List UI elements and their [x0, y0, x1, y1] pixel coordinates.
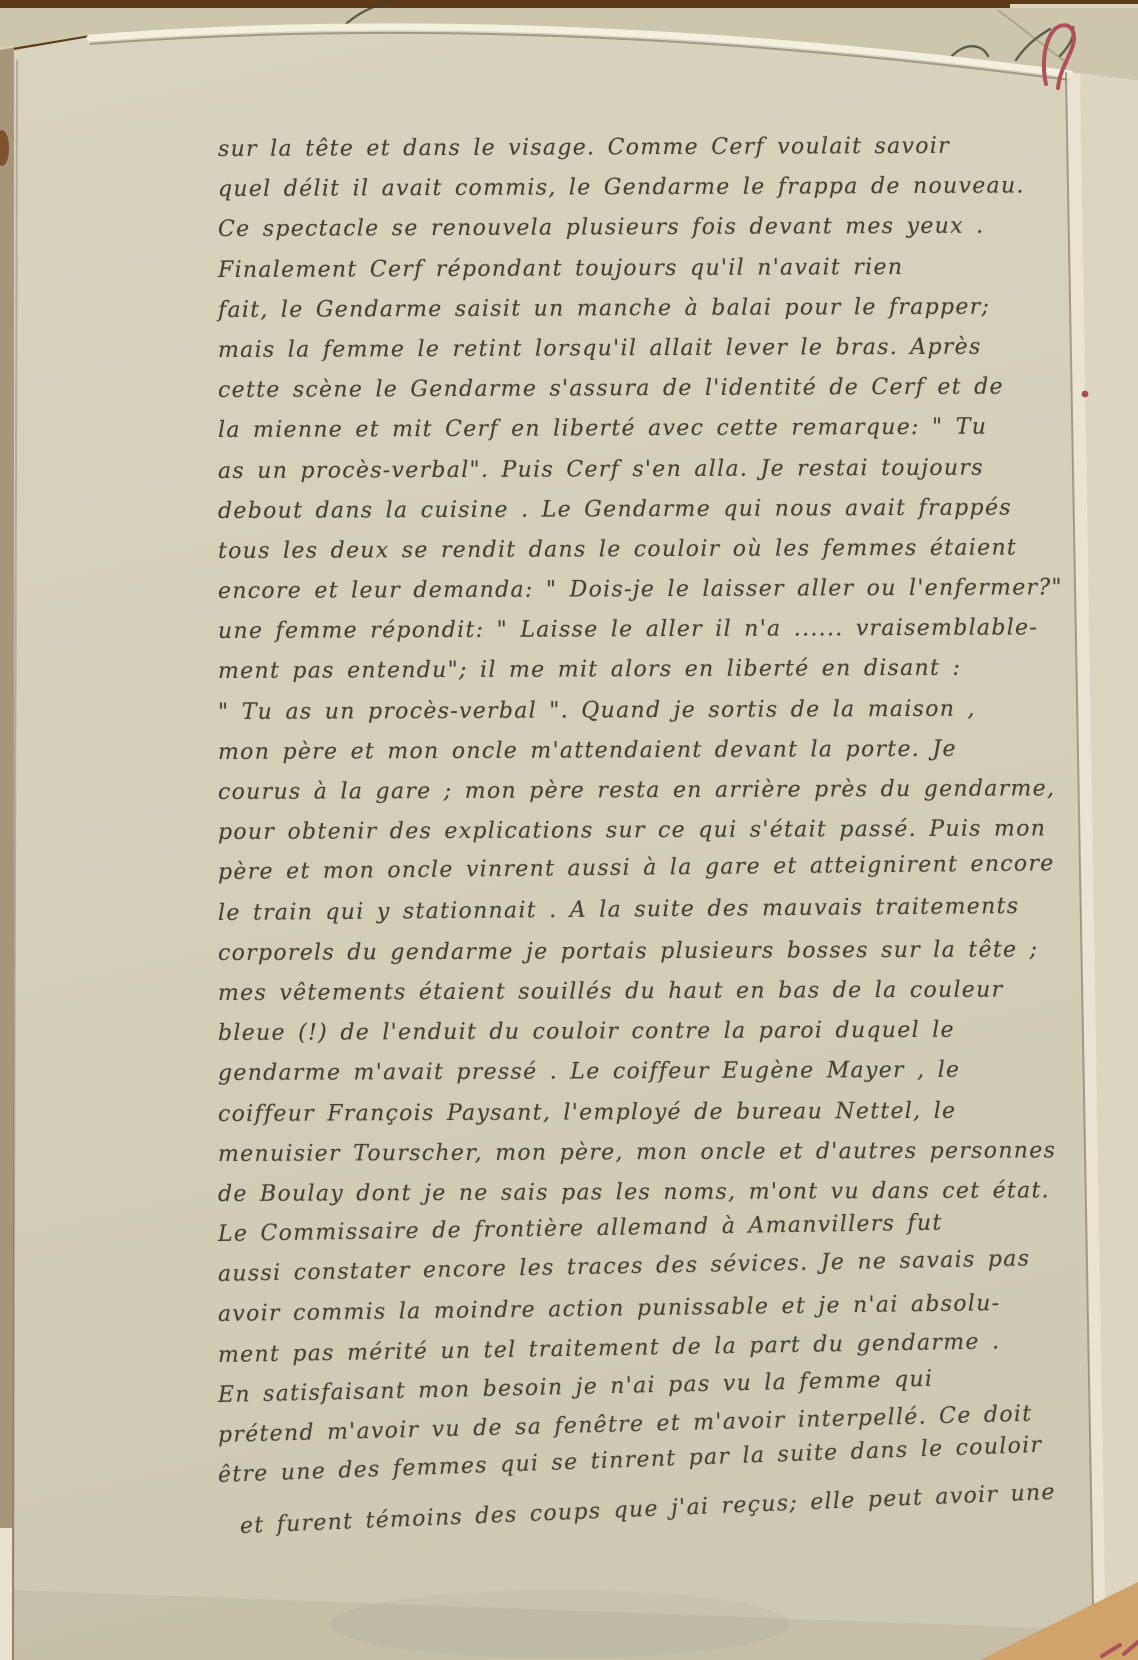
- manuscript-line: corporels du gendarme je portais plusieu…: [218, 930, 1068, 974]
- manuscript-line: debout dans la cuisine . Le Gendarme qui…: [218, 488, 1068, 532]
- manuscript-line: la mienne et mit Cerf en liberté avec ce…: [218, 408, 1068, 452]
- manuscript-line: courus à la gare ; mon père resta en arr…: [218, 769, 1068, 813]
- manuscript-line: cette scène le Gendarme s'assura de l'id…: [218, 367, 1068, 411]
- manuscript-line: as un procès-verbal". Puis Cerf s'en all…: [218, 448, 1068, 492]
- left-page-strip: [0, 46, 14, 1660]
- manuscript-line: mon père et mon oncle m'attendaient deva…: [218, 729, 1068, 773]
- manuscript-line: une femme répondit: " Laisse le aller il…: [218, 609, 1068, 653]
- manuscript-line: mes vêtements étaient souillés du haut e…: [218, 970, 1068, 1014]
- manuscript-line: Ce spectacle se renouvela plusieurs fois…: [218, 207, 1068, 251]
- stitch-hole-dot: [1082, 391, 1089, 398]
- manuscript-line: ment pas entendu"; il me mit alors en li…: [218, 649, 1068, 693]
- manuscript-line: coiffeur François Paysant, l'employé de …: [218, 1091, 1068, 1135]
- manuscript-line: " Tu as un procès-verbal ". Quand je sor…: [218, 689, 1068, 733]
- manuscript-line: le train qui y stationnait . A la suite …: [218, 886, 1068, 934]
- manuscript-line: encore et leur demanda: " Dois-je le lai…: [218, 568, 1068, 612]
- manuscript-line: Finalement Cerf répondant toujours qu'il…: [218, 247, 1068, 291]
- manuscript-line: tous les deux se rendit dans le couloir …: [218, 528, 1068, 572]
- photographed-manuscript-page: sur la tête et dans le visage. Comme Cer…: [0, 0, 1138, 1660]
- left-pale-sliver: [0, 1528, 12, 1660]
- handwritten-text: sur la tête et dans le visage. Comme Cer…: [218, 130, 1068, 1549]
- manuscript-line: père et mon oncle vinrent aussi à la gar…: [218, 844, 1068, 893]
- manuscript-line: quel délit il avait commis, le Gendarme …: [218, 166, 1068, 210]
- manuscript-line: gendarme m'avait pressé . Le coiffeur Eu…: [218, 1051, 1068, 1095]
- manuscript-line: mais la femme le retint lorsqu'il allait…: [218, 327, 1068, 371]
- manuscript-line: menuisier Tourscher, mon père, mon oncle…: [218, 1131, 1068, 1175]
- manuscript-line: sur la tête et dans le visage. Comme Cer…: [218, 126, 1068, 170]
- manuscript-line: bleue (!) de l'enduit du couloir contre …: [218, 1010, 1068, 1054]
- manuscript-line: fait, le Gendarme saisit un manche à bal…: [218, 287, 1068, 331]
